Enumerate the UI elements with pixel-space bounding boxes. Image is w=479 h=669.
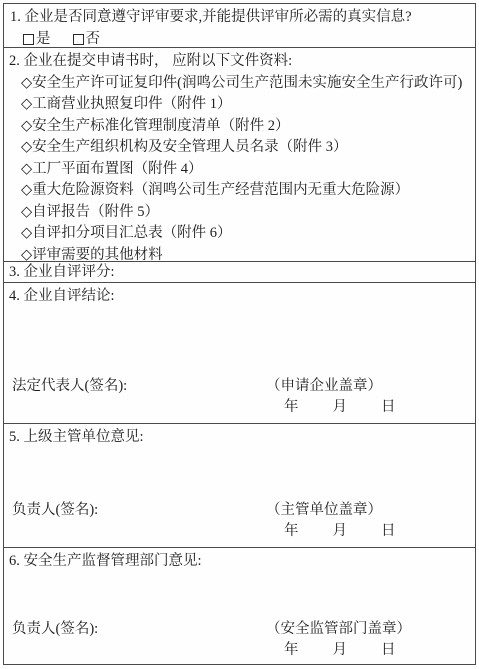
enterprise-stamp-label: （申请企业盖章） bbox=[266, 376, 382, 398]
competent-unit-stamp-label: （主管单位盖章） bbox=[266, 500, 382, 522]
review-application-form-table: 1. 企业是否同意遵守评审要求,并能提供评审所必需的真实信息? 是 否 2. 企… bbox=[3, 3, 476, 665]
year-label: 年 bbox=[284, 521, 299, 543]
documents-list: ◇安全生产许可证复印件(润鸣公司生产范围未实施安全生产行政许可) ◇工商营业执照… bbox=[9, 73, 471, 263]
responsible-person-signature-label: 负责人(签名): bbox=[12, 500, 98, 522]
option-yes-label: 是 bbox=[36, 29, 51, 48]
date-line: 年 月 日 bbox=[284, 397, 396, 419]
self-evaluation-score-label: 3. 企业自评评分: bbox=[9, 264, 115, 280]
row-self-evaluation-score: 3. 企业自评评分: bbox=[4, 262, 475, 283]
signature-line: 负责人(签名): （主管单位盖章） bbox=[4, 500, 475, 522]
responsible-person-signature-label: 负责人(签名): bbox=[12, 619, 98, 641]
date-line: 年 月 日 bbox=[284, 521, 396, 543]
checkbox-no-icon bbox=[73, 34, 84, 45]
month-label: 月 bbox=[333, 521, 348, 543]
month-label: 月 bbox=[333, 397, 348, 419]
self-evaluation-conclusion-label: 4. 企业自评结论: bbox=[9, 286, 471, 308]
year-label: 年 bbox=[284, 640, 299, 662]
list-item: ◇安全生产许可证复印件(润鸣公司生产范围未实施安全生产行政许可) bbox=[9, 73, 471, 95]
list-item: ◇自评报告（附件 5） bbox=[9, 202, 471, 224]
day-label: 日 bbox=[381, 397, 396, 419]
row-consent-question: 1. 企业是否同意遵守评审要求,并能提供评审所必需的真实信息? 是 否 bbox=[4, 4, 475, 48]
list-item: ◇工商营业执照复印件（附件 1） bbox=[9, 94, 471, 116]
scanned-form-page: 1. 企业是否同意遵守评审要求,并能提供评审所必需的真实信息? 是 否 2. 企… bbox=[0, 0, 479, 669]
row-superior-unit-opinion: 5. 上级主管单位意见: 负责人(签名): （主管单位盖章） 年 月 日 bbox=[4, 424, 475, 548]
documents-heading: 2. 企业在提交申请书时， 应附以下文件资料: bbox=[9, 51, 471, 73]
consent-options: 是 否 bbox=[10, 29, 471, 49]
row-safety-supervision-opinion: 6. 安全生产监督管理部门意见: 负责人(签名): （安全监管部门盖章） 年 月… bbox=[4, 548, 475, 666]
consent-question-text: 1. 企业是否同意遵守评审要求,并能提供评审所必需的真实信息? bbox=[10, 7, 471, 29]
safety-supervision-opinion-label: 6. 安全生产监督管理部门意见: bbox=[9, 551, 471, 573]
superior-unit-opinion-label: 5. 上级主管单位意见: bbox=[9, 427, 471, 449]
signature-line: 法定代表人(签名): （申请企业盖章） bbox=[4, 376, 475, 398]
supervision-department-stamp-label: （安全监管部门盖章） bbox=[266, 619, 411, 641]
list-item: ◇安全生产组织机构及安全管理人员名录（附件 3） bbox=[9, 137, 471, 159]
list-item: ◇安全生产标准化管理制度清单（附件 2） bbox=[9, 116, 471, 138]
option-no: 否 bbox=[73, 29, 101, 48]
row-self-evaluation-conclusion: 4. 企业自评结论: 法定代表人(签名): （申请企业盖章） 年 月 日 bbox=[4, 283, 475, 424]
month-label: 月 bbox=[333, 640, 348, 662]
list-item: ◇工厂平面布置图（附件 4） bbox=[9, 159, 471, 181]
list-item: ◇自评扣分项目汇总表（附件 6） bbox=[9, 223, 471, 245]
option-no-label: 否 bbox=[86, 29, 101, 48]
legal-representative-signature-label: 法定代表人(签名): bbox=[12, 376, 127, 398]
year-label: 年 bbox=[284, 397, 299, 419]
signature-line: 负责人(签名): （安全监管部门盖章） bbox=[4, 619, 475, 641]
checkbox-yes-icon bbox=[23, 34, 34, 45]
row-required-documents: 2. 企业在提交申请书时， 应附以下文件资料: ◇安全生产许可证复印件(润鸣公司… bbox=[4, 48, 475, 262]
list-item: ◇评审需要的其他材料 bbox=[9, 245, 471, 263]
day-label: 日 bbox=[381, 521, 396, 543]
day-label: 日 bbox=[381, 640, 396, 662]
list-item: ◇重大危险源资料（润鸣公司生产经营范围内无重大危险源） bbox=[9, 180, 471, 202]
option-yes: 是 bbox=[23, 29, 51, 48]
date-line: 年 月 日 bbox=[284, 640, 396, 662]
